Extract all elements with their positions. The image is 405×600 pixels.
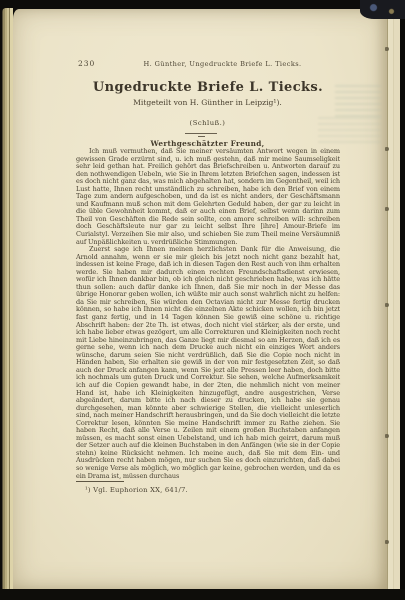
page-number: 230 (78, 59, 95, 68)
article-title: Ungedruckte Briefe L. Tiecks. (53, 80, 363, 95)
fold-speck (385, 303, 389, 307)
continuation-note: (Schluß.) (76, 119, 339, 127)
letter-body: Ich muß vermuthen, daß Sie meiner versäu… (76, 148, 340, 480)
scanned-book-photo: 230 H. Günther, Ungedruckte Briefe L. Ti… (0, 0, 405, 600)
letter-paragraph: Zuerst sage ich Ihnen meinen herzlichste… (76, 246, 340, 480)
section-divider-rule (185, 133, 217, 134)
background-bottom (0, 589, 405, 600)
running-head: H. Günther, Ungedruckte Briefe L. Tiecks… (106, 60, 339, 68)
fold-speck (385, 207, 389, 211)
page-header: 230 H. Günther, Ungedruckte Briefe L. Ti… (76, 59, 339, 70)
footnote: ¹) Vgl. Euphorion XX, 641/7. (85, 486, 335, 494)
footnote-rule (76, 481, 124, 482)
letter-paragraph: Ich muß vermuthen, daß Sie meiner versäu… (76, 148, 340, 246)
section-divider-dash (198, 136, 205, 137)
background-right (400, 0, 405, 600)
fold-speck (385, 540, 389, 544)
article-byline: Mitgeteilt von H. Günther in Leipzig¹). (76, 98, 339, 107)
marbled-cover-corner (360, 0, 405, 19)
book-left-page-edges (2, 8, 13, 592)
fold-speck (385, 47, 389, 51)
book-right-fore-edge (387, 11, 400, 589)
book-page: 230 H. Günther, Ungedruckte Briefe L. Ti… (13, 9, 387, 589)
fold-speck (385, 147, 389, 151)
fold-speck (385, 434, 389, 438)
marbled-cover-edge (0, 0, 405, 10)
